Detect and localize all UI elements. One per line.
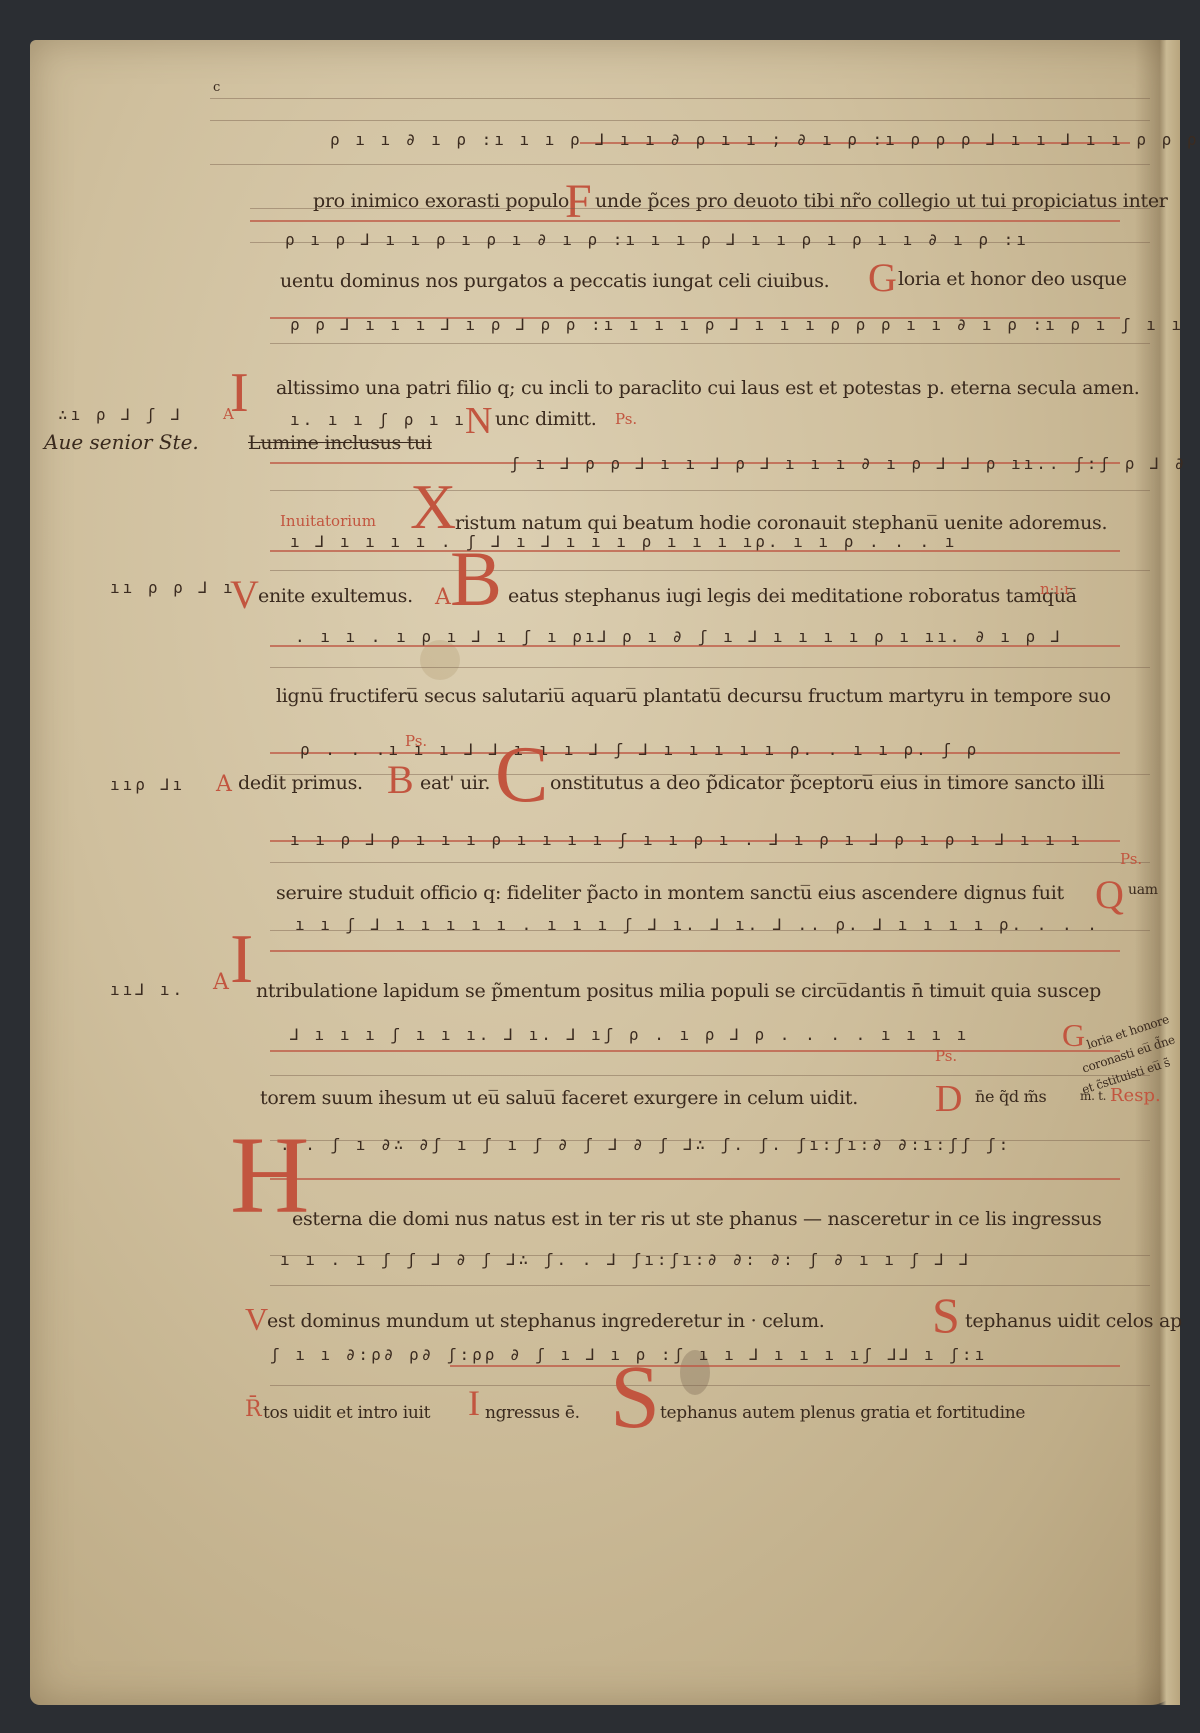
chant-text: n̄e q̃d m̃s bbox=[975, 1087, 1046, 1106]
rubric-end: n·ı·ı· bbox=[1040, 580, 1074, 598]
neumes: ı ı ʃ ⅃ ı ı ı ı ı . ı ı ı ʃ ⅃ ı. ⅃ ı. ⅃ … bbox=[295, 915, 1100, 934]
chant-text: ntribulatione lapidum se p̃mentum positu… bbox=[256, 980, 1101, 1002]
manuscript-page: c ρ ı ı ∂ ı ρ :ı ı ı ρ ⅃ ı ı ∂ ρ ı ı ; ∂… bbox=[30, 40, 1180, 1705]
red-initial: V bbox=[230, 575, 259, 615]
margin-note: Aue senior Ste. bbox=[44, 430, 199, 454]
red-initial: V bbox=[245, 1303, 268, 1335]
neumes: ı ı ρ ⅃ ρ ı ı ı ρ ı ı ı ı ʃ ı ı ρ ı . ⅃ … bbox=[290, 830, 1083, 849]
chant-text: loria et honor deo usque bbox=[898, 268, 1127, 290]
psalm-marker: Ps. bbox=[615, 410, 637, 428]
chant-text: torem suum ihesum ut eu̅ saluu̅ faceret … bbox=[260, 1087, 858, 1109]
responsory-marker: Resp. bbox=[1110, 1085, 1161, 1106]
red-initial: G bbox=[1062, 1019, 1085, 1051]
red-initial: Q bbox=[1095, 875, 1124, 915]
red-initial: G bbox=[868, 258, 897, 298]
neumes: ρ ρ ⅃ ı ı ı ⅃ ı ρ ⅃ ρ ρ :ı ı ı ı ρ ⅃ ı ı… bbox=[290, 315, 1200, 334]
red-initial: N bbox=[465, 402, 492, 440]
rubric-invitatorium: Inuitatorium bbox=[280, 512, 376, 530]
chant-text: unc dimitt. bbox=[495, 408, 597, 430]
chant-text: eat' uir. bbox=[420, 772, 490, 794]
red-initial: S bbox=[932, 1290, 960, 1340]
red-initial: I bbox=[468, 1385, 480, 1421]
psalm-marker: Ps. bbox=[405, 732, 427, 750]
chant-text: est dominus mundum ut stephanus ingreder… bbox=[267, 1310, 825, 1332]
red-initial: B bbox=[450, 540, 502, 618]
page-gutter-curl bbox=[1135, 40, 1180, 1705]
neumes: . . ʃ ı ∂∴ ∂ʃ ı ʃ ı ʃ ∂ ʃ ⅃ ∂ ʃ ⅃∴ ʃ. ʃ.… bbox=[280, 1135, 1011, 1154]
neumes: ı ⅃ ı ı ı ı . ʃ ⅃ ı ⅃ ı ı ı ρ ı ı ı ıρ. … bbox=[290, 532, 957, 551]
psalm-marker: Ps. bbox=[1120, 850, 1142, 868]
red-initial: D bbox=[935, 1080, 962, 1118]
chant-text: ngressus ē. bbox=[485, 1403, 580, 1423]
chant-text: tephanus autem plenus gratia et fortitud… bbox=[660, 1403, 1025, 1423]
chant-text: lignu̅ fructiferu̅ secus salutariu̅ aqua… bbox=[276, 685, 1111, 707]
chant-text: tos uidit et intro iuit bbox=[263, 1403, 430, 1423]
margin-neumes: ıı⅃ ı. bbox=[110, 980, 185, 999]
antiphon-marker: A bbox=[213, 970, 229, 995]
psalm-marker: Ps. bbox=[935, 1047, 957, 1065]
antiphon-marker: A bbox=[435, 585, 451, 610]
chant-text: onstitutus a deo p̃dicator p̃ceptoru̅ ei… bbox=[550, 772, 1104, 794]
margin-neumes: ∴ı ρ ⅃ ʃ ⅃ bbox=[58, 405, 183, 424]
neumes: ⅃ ı ı ı ʃ ı ı ı. ⅃ ı. ⅃ ıʃ ρ . ı ρ ⅃ ρ .… bbox=[290, 1025, 969, 1044]
side-text: m. t. bbox=[1080, 1089, 1106, 1103]
responsory-marker: R̄ bbox=[245, 1397, 262, 1422]
red-initial: B bbox=[387, 760, 414, 800]
red-initial: F bbox=[565, 178, 592, 226]
chant-text: enite exultemus. bbox=[258, 585, 413, 607]
margin-neumes: ııρ ⅃ı bbox=[110, 775, 185, 794]
neumes: ρ ı ρ ⅃ ı ı ρ ı ρ ı ∂ ı ρ :ı ı ı ρ ⅃ ı ı… bbox=[285, 230, 1029, 249]
neumes: ı ı . ı ʃ ʃ ⅃ ∂ ʃ ⅃∴ ʃ. . ⅃ ʃı:ʃı:∂ ∂: ∂… bbox=[280, 1250, 971, 1269]
chant-text: uentu dominus nos purgatos a peccatis iu… bbox=[280, 270, 829, 292]
chant-text: altissimo una patri filio q; cu incli to… bbox=[276, 377, 1140, 399]
chant-text: seruire studuit officio q: fideliter p̃a… bbox=[276, 882, 1064, 904]
neumes: ʃ ı ⅃ ρ ρ ⅃ ı ı ⅃ ρ ⅃ ı ı ı ∂ ı ρ ⅃ ⅃ ρ … bbox=[510, 454, 1187, 473]
chant-text: esterna die domi nus natus est in ter ri… bbox=[292, 1208, 1102, 1230]
antiphon-marker: A bbox=[223, 405, 234, 423]
chant-text: tephanus uidit celos ap bbox=[965, 1310, 1182, 1332]
margin-neumes: ıı ρ ρ ⅃ ı bbox=[110, 578, 236, 597]
neumes: ρ ı ı ∂ ı ρ :ı ı ı ρ ⅃ ı ı ∂ ρ ı ı ; ∂ ı… bbox=[330, 130, 1200, 149]
neumes: ı. ı ı ʃ ρ ı ı bbox=[290, 410, 467, 429]
neumes: . ı ı . ı ρ ı ⅃ ı ʃ ı ρı⅃ ρ ı ∂ ʃ ı ⅃ ı … bbox=[295, 627, 1063, 646]
red-initial: X bbox=[410, 475, 456, 539]
struck-text: Lumine inclusus tui bbox=[248, 432, 432, 454]
antiphon-marker: A bbox=[216, 772, 232, 797]
red-initial: S bbox=[610, 1353, 660, 1443]
chant-text: dedit primus. bbox=[238, 772, 363, 794]
chant-text: ristum natum qui beatum hodie coronauit … bbox=[455, 512, 1107, 534]
red-initial: C bbox=[495, 735, 548, 815]
red-initial: I bbox=[230, 925, 253, 995]
chant-text: uam bbox=[1128, 882, 1158, 898]
chant-text: eatus stephanus iugi legis dei meditatio… bbox=[508, 585, 1077, 607]
